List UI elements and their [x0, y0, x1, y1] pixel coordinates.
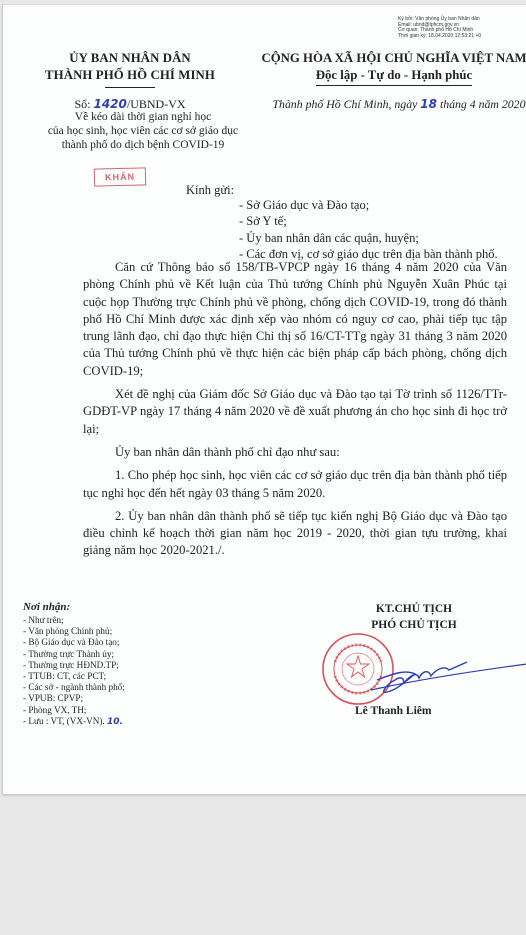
recipient-item: - Văn phòng Chính phủ;: [23, 626, 125, 637]
subject-line: Về kéo dài thời gian nghỉ học: [33, 110, 253, 124]
body-paragraph: Ủy ban nhân dân thành phố chỉ đạo như sa…: [83, 444, 507, 461]
sign-title-line-1: KT.CHỦ TỊCH: [349, 601, 479, 617]
recipients-title: Nơi nhận:: [23, 601, 70, 613]
recipient-item: - TTUB: CT, các PCT;: [23, 671, 125, 682]
issue-date: Thành phố Hồ Chí Minh, ngày 18 tháng 4 n…: [271, 96, 526, 112]
addressee-list: - Sở Giáo dục và Đào tạo; - Sở Y tế; - Ủ…: [239, 197, 498, 263]
sig-time: Thời gian ký: 18.04.2020 12:53:21 +0: [398, 34, 526, 40]
recipient-item: - VPUB: CPVP;: [23, 693, 125, 704]
signature-title: KT.CHỦ TỊCH PHÓ CHỦ TỊCH: [349, 601, 479, 633]
document-body: Căn cứ Thông báo số 158/TB-VPCP ngày 16 …: [83, 259, 507, 566]
addressee-item: - Sở Y tế;: [239, 213, 498, 229]
date-prefix: Thành phố Hồ Chí Minh, ngày: [273, 97, 421, 111]
addressee-item: - Ủy ban nhân dân các quận, huyện;: [239, 230, 498, 246]
recipient-item: - Lưu : VT, (VX-VN). 10.: [23, 716, 125, 728]
doc-number-suffix: /UBND-VX: [127, 97, 186, 111]
body-paragraph: 1. Cho phép học sinh, học viên các cơ sở…: [83, 467, 507, 502]
recipient-item: - Phòng VX, TH;: [23, 705, 125, 716]
addressee-label: Kính gửi:: [186, 182, 234, 198]
handwritten-copies: 10.: [107, 717, 123, 727]
subject-line: của học sinh, học viên các cơ sở giáo dụ…: [33, 124, 253, 138]
digital-signature-info: Ký bởi: Văn phòng Ủy ban Nhân dân Email:…: [398, 17, 526, 39]
nation-heading: CỘNG HÒA XÃ HỘI CHỦ NGHĨA VIỆT NAM Độc l…: [261, 50, 526, 86]
body-paragraph: Xét đề nghị của Giám đốc Sở Giáo dục và …: [83, 386, 507, 438]
recipient-item: - Thường trực Thành ủy;: [23, 649, 125, 660]
doc-number-prefix: Số:: [74, 97, 93, 111]
recipients-list: - Như trên; - Văn phòng Chính phủ; - Bộ …: [23, 615, 125, 728]
motto: Độc lập - Tự do - Hạnh phúc: [316, 67, 472, 86]
recipient-item: - Bộ Giáo dục và Đào tạo;: [23, 637, 125, 648]
recipient-archive: - Lưu : VT, (VX-VN).: [23, 716, 107, 726]
document-subject: Về kéo dài thời gian nghỉ học của học si…: [33, 110, 253, 152]
handwritten-day: 18: [420, 97, 437, 111]
body-paragraph: 2. Ủy ban nhân dân thành phố sẽ tiếp tục…: [83, 508, 507, 560]
issuer-divider: [105, 87, 155, 88]
issuer-heading: ỦY BAN NHÂN DÂN THÀNH PHỐ HỒ CHÍ MINH: [21, 50, 239, 84]
recipient-item: - Như trên;: [23, 615, 125, 626]
subject-line: thành phố do dịch bệnh COVID-19: [33, 138, 253, 152]
sign-title-line-2: PHÓ CHỦ TỊCH: [349, 617, 479, 633]
date-suffix: tháng 4 năm 2020: [437, 97, 525, 111]
issuer-line-2: THÀNH PHỐ HỒ CHÍ MINH: [21, 67, 239, 84]
body-paragraph: Căn cứ Thông báo số 158/TB-VPCP ngày 16 …: [83, 259, 507, 380]
addressee-item: - Sở Giáo dục và Đào tạo;: [239, 197, 498, 213]
signer-name: Lê Thanh Liêm: [355, 705, 431, 717]
urgent-stamp: KHẨN: [94, 167, 146, 186]
recipient-item: - Các sở - ngành thành phố;: [23, 682, 125, 693]
nation-line: CỘNG HÒA XÃ HỘI CHỦ NGHĨA VIỆT NAM: [261, 50, 526, 67]
recipient-item: - Thường trực HĐND.TP;: [23, 660, 125, 671]
issuer-line-1: ỦY BAN NHÂN DÂN: [21, 50, 239, 67]
handwritten-doc-number: 1420: [93, 97, 126, 111]
document-page: Ký bởi: Văn phòng Ủy ban Nhân dân Email:…: [2, 4, 526, 794]
handwritten-signature-icon: [367, 650, 526, 705]
